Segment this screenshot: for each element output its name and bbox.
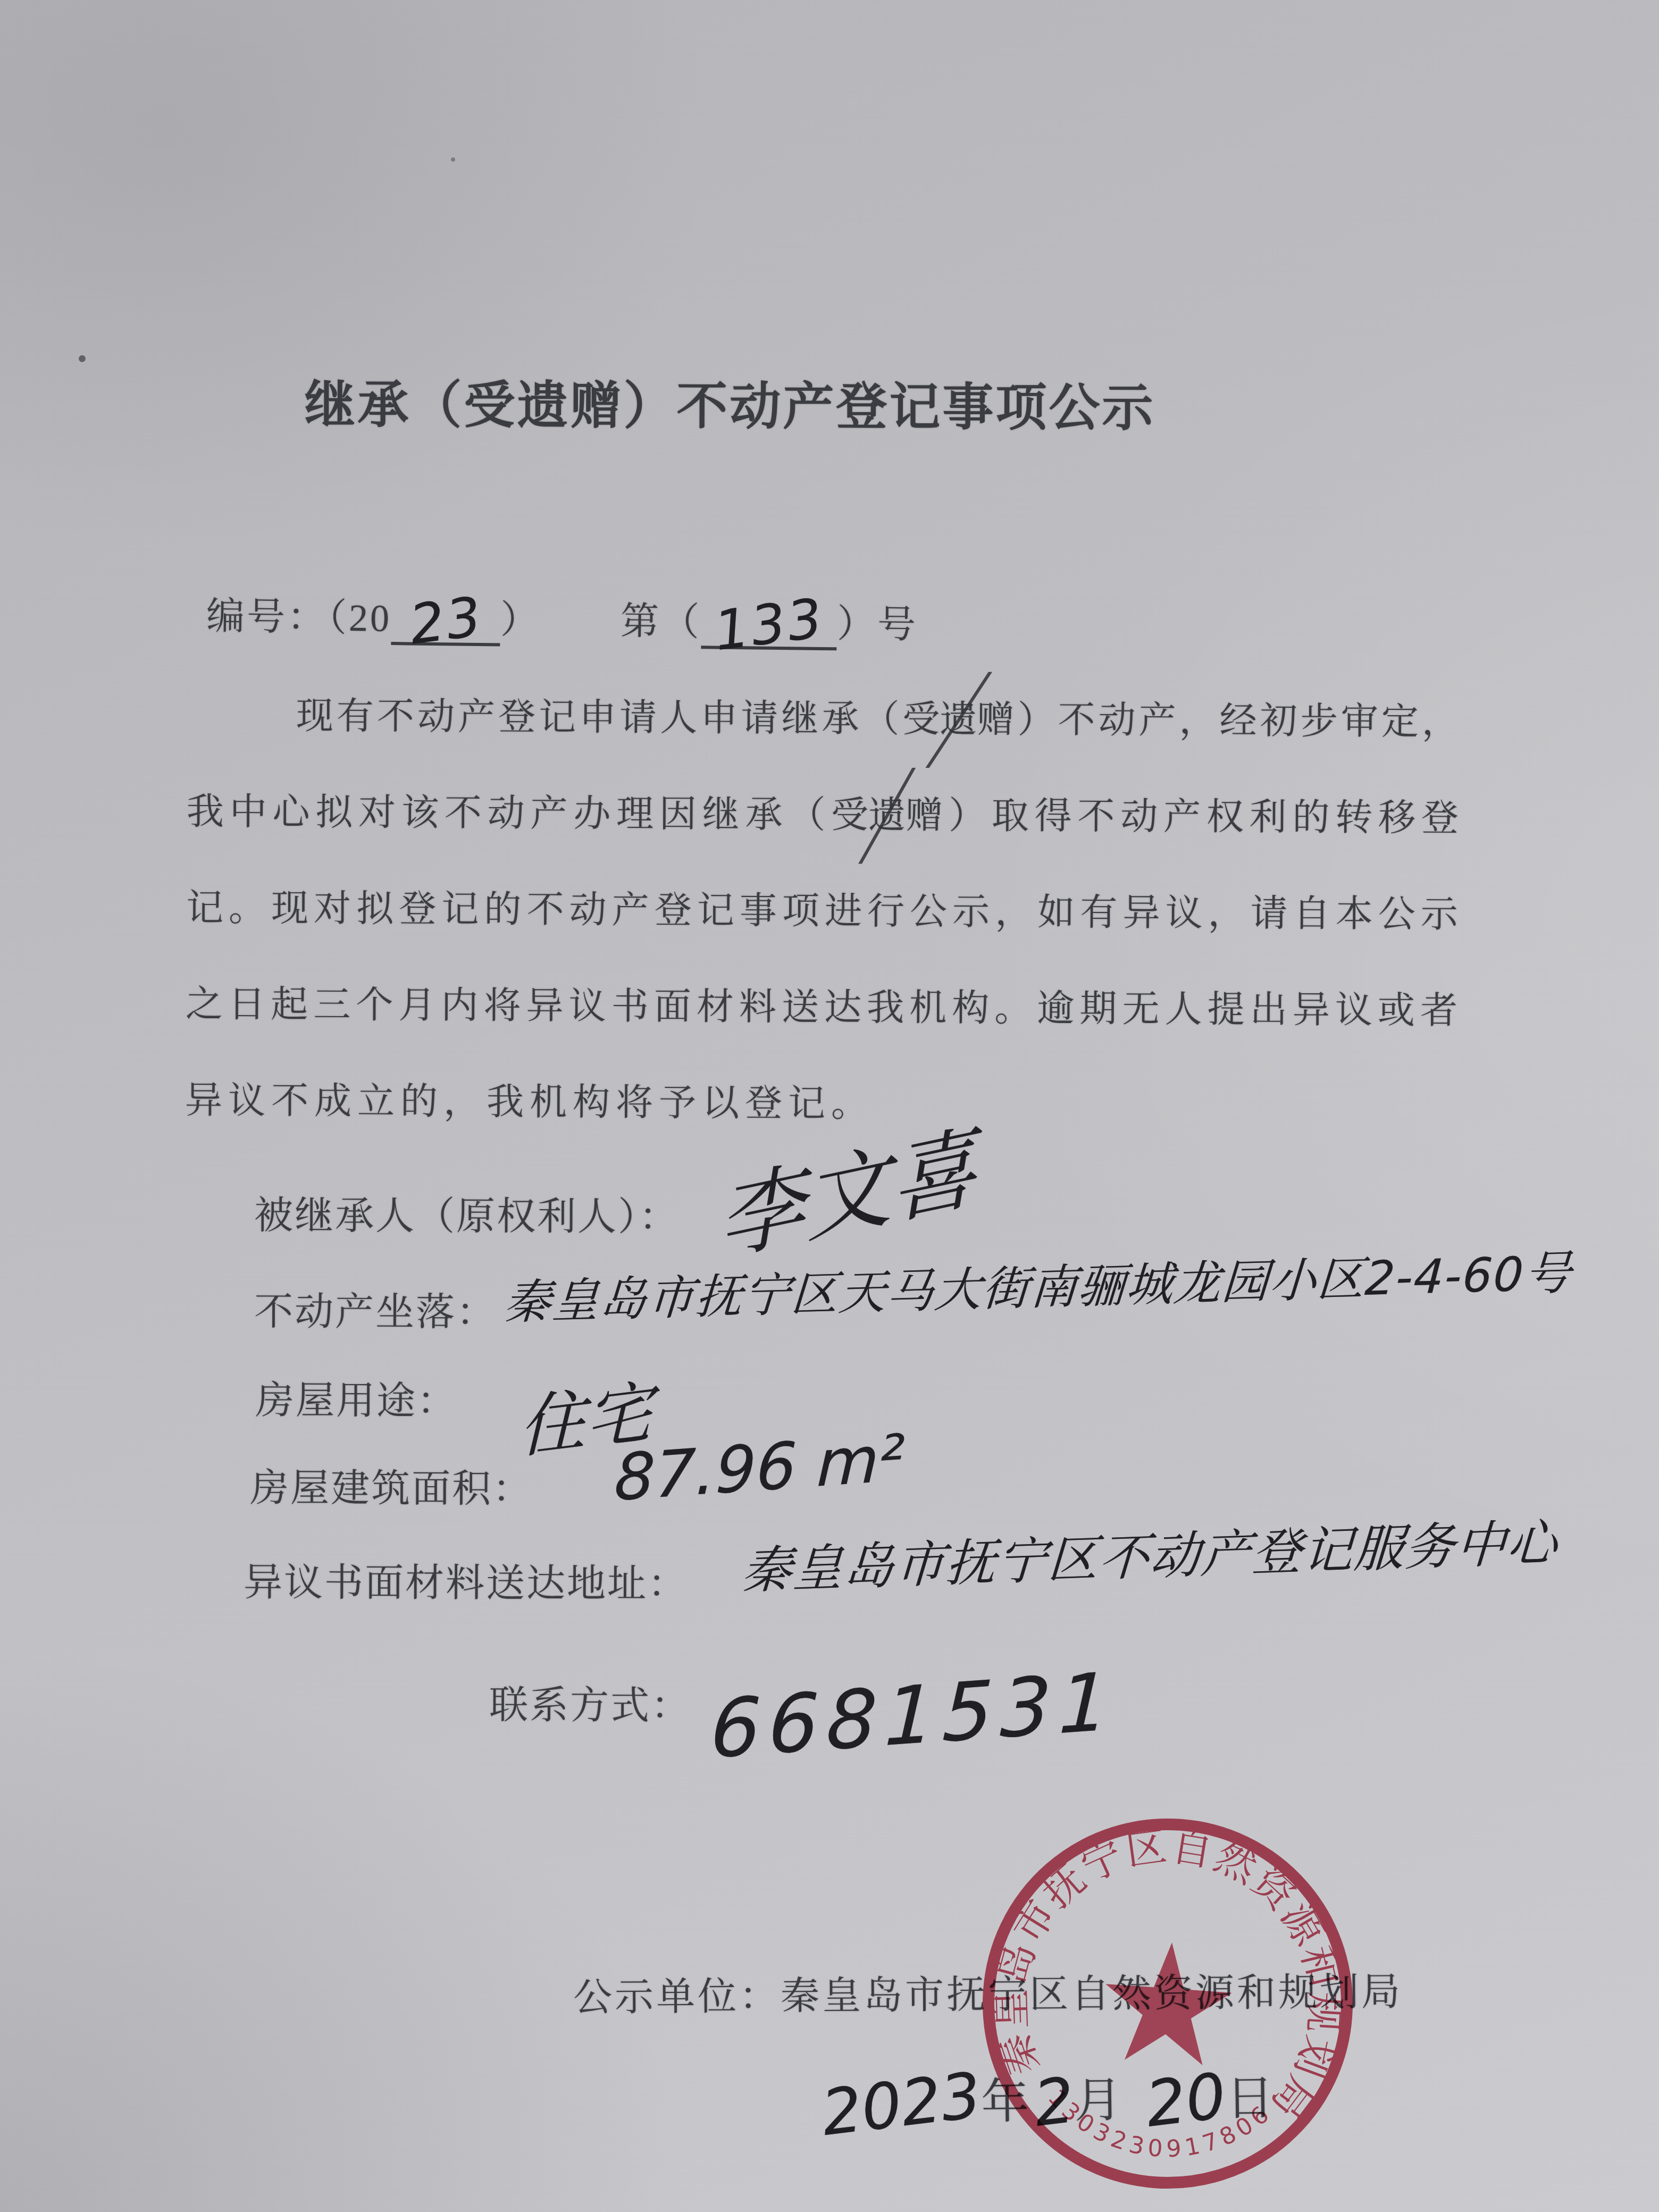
objection-address-label: 异议书面材料送达地址： — [244, 1551, 688, 1608]
body-line-1: 现有不动产登记申请人申请继承（受遗赠）不动产，经初步审定， — [187, 668, 1459, 771]
property-location-handwritten: 秦皇岛市抚宁区天马大街南骊城龙园小区2-4-60号 — [502, 1236, 1574, 1333]
struck-bequest-text-1: 受遗赠 — [902, 672, 1015, 768]
contact-phone-handwritten: 6681531 — [709, 1655, 1118, 1777]
objection-address-handwritten: 秦皇岛市抚宁区不动产登记服务中心 — [740, 1502, 1560, 1603]
notice-title: 继承（受遗赠）不动产登记事项公示 — [0, 363, 1460, 442]
contact-label: 联系方式： — [489, 1673, 691, 1730]
number-close-paren: ） — [500, 599, 541, 642]
number-serial-handwritten: 133 — [712, 594, 827, 656]
notice-body-paragraph: 现有不动产登记申请人申请继承（受遗赠）不动产，经初步审定， 我中心拟对该不动产办… — [185, 668, 1460, 1156]
paper-speck — [79, 355, 86, 362]
body-line-1-pre: 现有不动产登记申请人申请继承（ — [296, 696, 903, 740]
body-line-2-pre: 我中心拟对该不动产办理因继承（ — [187, 792, 832, 836]
seal-star-icon — [1101, 1938, 1235, 2067]
number-year-handwritten: 23 — [407, 592, 485, 650]
number-di-label: 第（ — [620, 600, 701, 643]
body-line-2: 我中心拟对该不动产办理因继承（受遗赠）取得不动产权利的转移登 — [186, 764, 1459, 867]
announcing-unit-label: 公示单位： — [573, 1975, 781, 2020]
body-line-3: 记。现对拟登记的不动产登记事项进行公示，如有异议，请自本公示 — [186, 860, 1459, 963]
body-line-1-post: ）不动产，经初步审定， — [1014, 700, 1459, 743]
body-line-4: 之日起三个月内将异议书面材料送达我机构。逾期无人提出异议或者 — [186, 957, 1458, 1060]
notice-number-line: 编号：（2023）第（133）号 — [206, 585, 918, 651]
number-serial-blank: 133 — [701, 597, 837, 650]
date-year-handwritten: 2023 — [818, 2058, 985, 2150]
struck-bequest-text-2: 受遗赠 — [831, 767, 943, 864]
number-year-blank: 23 — [391, 593, 500, 646]
official-red-seal: 秦皇岛市抚宁区自然资源和规划局 1303230917806 — [969, 1805, 1366, 2202]
building-area-handwritten: 87.96 m² — [613, 1421, 906, 1516]
decedent-label: 被继承人（原权利人）： — [254, 1184, 680, 1242]
body-line-2-post: ）取得不动产权利的转移登 — [943, 795, 1459, 839]
number-suffix: ）号 — [836, 602, 918, 646]
number-prefix: 编号：（20 — [206, 595, 392, 640]
building-area-label: 房屋建筑面积： — [250, 1456, 533, 1513]
paper-speck — [451, 157, 455, 162]
house-usage-label: 房屋用途： — [255, 1369, 457, 1425]
property-location-label: 不动产坐落： — [254, 1280, 497, 1337]
